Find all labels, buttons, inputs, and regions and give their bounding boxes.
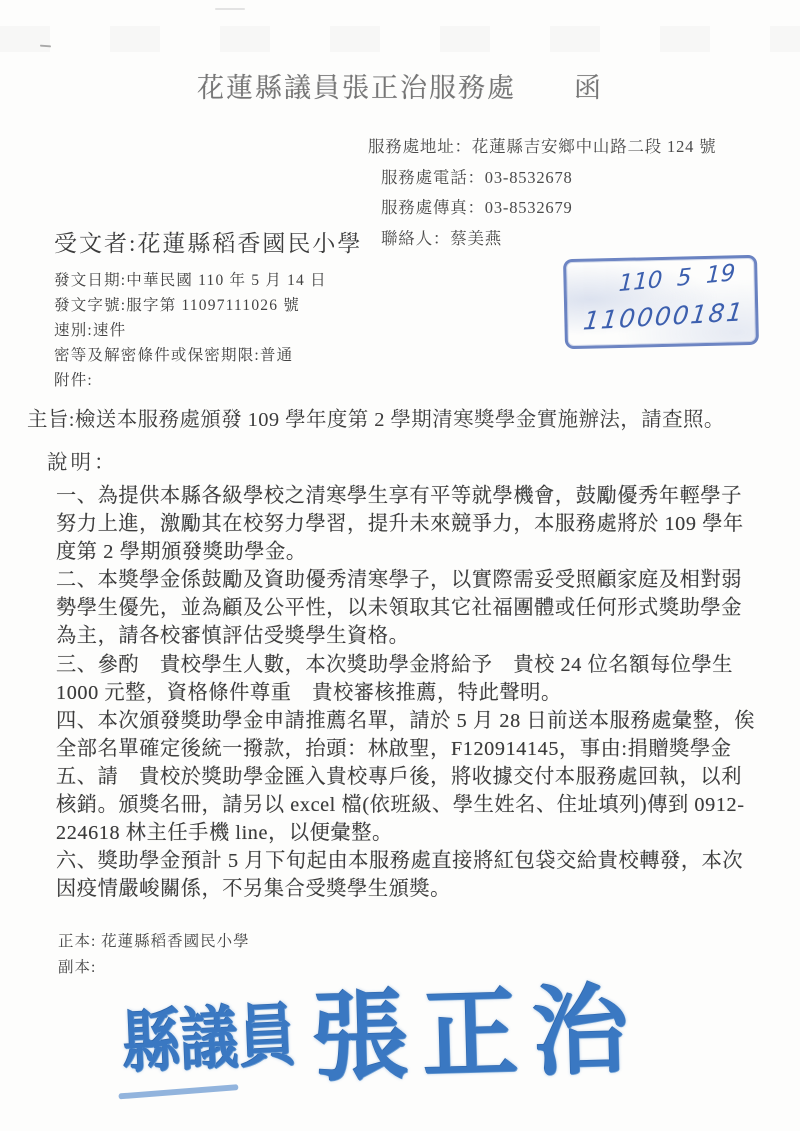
recipient-line: 受文者:花蓮縣稻香國民小學 <box>54 225 362 258</box>
office-fax: 服務處傳真：03-8532679 <box>368 193 716 224</box>
body-items: 一、為提供本縣各級學校之清寒學生享有平等就學機會，鼓勵優秀年輕學子努力上進，激勵… <box>56 482 762 903</box>
document-meta-block: 發文日期:中華民國 110 年 5 月 14 日 發文字號:服字第 110971… <box>54 268 327 393</box>
receipt-stamp-serial: 110000181 <box>582 297 746 336</box>
body-item-5: 五、請 貴校於獎助學金匯入貴校專戶後，將收據交付本服務處回執，以利核銷。頒獎名冊… <box>56 763 762 847</box>
scan-smudge <box>0 26 800 52</box>
signature-stamp-title: 縣議員 <box>120 979 298 1086</box>
office-info-block: 服務處地址：花蓮縣吉安鄉中山路二段 124 號 服務處電話：03-8532678… <box>368 132 716 254</box>
meta-attachment: 附件: <box>54 368 327 393</box>
letter-title: 花蓮縣議員張正治服務處 函 <box>0 66 800 105</box>
scan-artifact <box>215 8 245 10</box>
office-phone: 服務處電話：03-8532678 <box>368 163 716 194</box>
body-item-1: 一、為提供本縣各級學校之清寒學生享有平等就學機會，鼓勵優秀年輕學子努力上進，激勵… <box>56 482 762 566</box>
body-item-3: 三、參酌 貴校學生人數，本次獎助學金將給予 貴校 24 位名額每位學生 1000… <box>56 651 762 707</box>
body-item-6: 六、獎助學金預計 5 月下旬起由本服務處直接將紅包袋交給貴校轉發，本次因疫情嚴峻… <box>56 847 762 903</box>
scanned-letter-page: 花蓮縣議員張正治服務處 函 服務處地址：花蓮縣吉安鄉中山路二段 124 號 服務… <box>0 0 800 1131</box>
subject-line: 主旨:檢送本服務處頒發 109 學年度第 2 學期清寒獎學金實施辦法，請查照。 <box>27 402 787 432</box>
meta-issue-date: 發文日期:中華民國 110 年 5 月 14 日 <box>54 268 327 293</box>
councilor-signature-stamp: 縣議員 張正治 <box>120 951 683 1106</box>
office-address: 服務處地址：花蓮縣吉安鄉中山路二段 124 號 <box>368 132 716 163</box>
meta-security: 密等及解密條件或保密期限:普通 <box>54 343 327 368</box>
body-item-4: 四、本次頒發獎助學金申請推薦名單，請於 5 月 28 日前送本服務處彙整，俟全部… <box>56 707 762 763</box>
explanation-label: 說明： <box>47 445 118 475</box>
meta-doc-number: 發文字號:服字第 11097111026 號 <box>54 293 327 318</box>
office-contact: 聯絡人：蔡美燕 <box>368 224 716 255</box>
body-item-2: 二、本獎學金係鼓勵及資助優秀清寒學子，以實際需妥受照顧家庭及相對弱勢學生優先，並… <box>56 566 762 650</box>
receipt-date-stamp: 110 5 19 110000181 <box>563 255 759 349</box>
receipt-stamp-date: 110 5 19 <box>618 260 736 297</box>
original-copy-line: 正本: 花蓮縣稻香國民小學 <box>58 929 250 955</box>
signature-stamp-name: 張正治 <box>310 952 644 1100</box>
meta-speed: 速別:速件 <box>54 318 327 343</box>
